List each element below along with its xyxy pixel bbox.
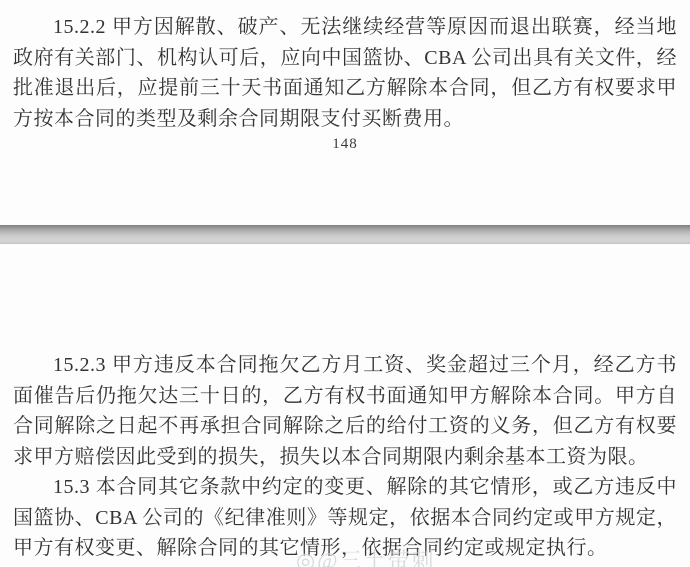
document-page-bottom: 15.2.3 甲方违反本合同拖欠乙方月工资、奖金超过三个月，经乙方书面催告后仍拖… xyxy=(0,350,690,564)
document-page-top: 15.2.2 甲方因解散、破产、无法继续经营等原因而退出联赛，经当地政府有关部门… xyxy=(0,0,690,153)
paragraph-15-2-2: 15.2.2 甲方因解散、破产、无法继续经营等原因而退出联赛，经当地政府有关部门… xyxy=(13,12,677,134)
page-divider xyxy=(0,225,690,244)
paragraph-15-2-3: 15.2.3 甲方违反本合同拖欠乙方月工资、奖金超过三个月，经乙方书面催告后仍拖… xyxy=(13,350,677,472)
page-number: 148 xyxy=(13,136,677,153)
paragraph-15-3: 15.3 本合同其它条款中约定的变更、解除的其它情形，或乙方违反中国篮协、CBA… xyxy=(13,472,677,564)
